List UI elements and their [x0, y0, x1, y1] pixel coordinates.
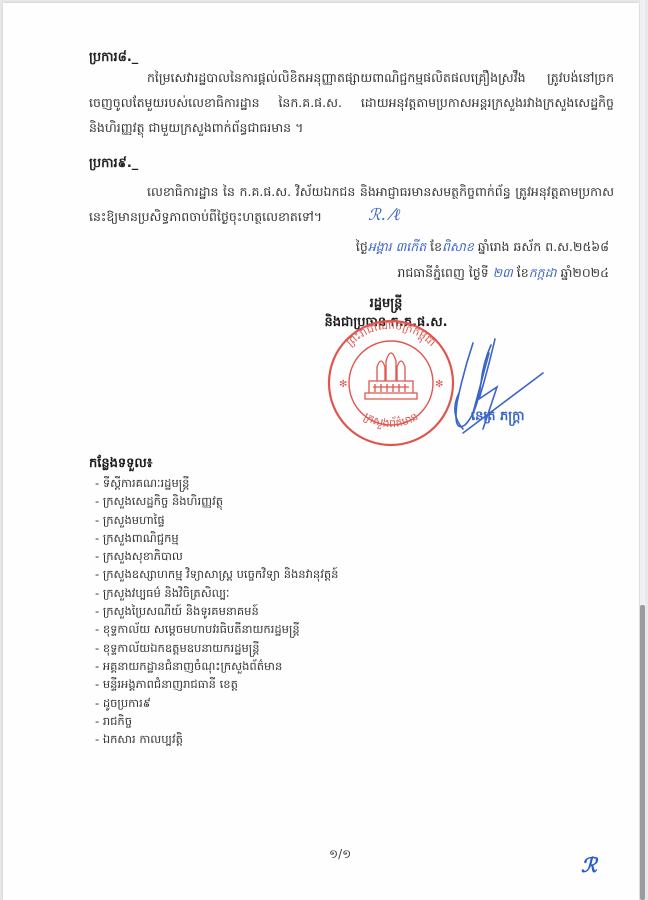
recipient-item: ក្រសួងឧស្សាហកម្ម វិទ្យាសាស្ត្រ បច្ចេកវិទ… [95, 565, 338, 583]
signer-name: នេត្រ ភក្ត្រា [471, 408, 525, 427]
date-lunar-suffix: ឆ្នាំរោង ឆស័ក ព.ស.២៥៦៨ [478, 239, 609, 254]
article-9-text: លេខាធិការដ្ឋាន នៃ ក.គ.ផ.ស. វិស័យឯកជន និង… [89, 179, 614, 229]
recipients-list: ទីស្តីការគណៈរដ្ឋមន្ត្រីក្រសួងសេដ្ឋកិច្ច … [95, 474, 338, 748]
date-solar-prefix: រាជធានីភ្នំពេញ ថ្ងៃទី [397, 265, 488, 280]
date-lunar-month-handwritten: ពិសាខ [442, 239, 474, 254]
date-solar-day-handwritten: ២៣ [493, 265, 513, 280]
date-solar: រាជធានីភ្នំពេញ ថ្ងៃទី ២៣ ខែកក្កដា ឆ្នាំ២… [397, 265, 609, 284]
svg-text:ក្រសួងព័ត៌មាន: ក្រសួងព័ត៌មាន [362, 410, 421, 430]
footer-initials: ℛ [581, 853, 597, 877]
svg-text:✻: ✻ [339, 379, 347, 390]
date-lunar-month-label: ខែ [430, 239, 442, 254]
svg-text:ព្រះរាជាណាចក្រកម្ពុជា: ព្រះរាជាណាចក្រកម្ពុជា [344, 319, 439, 350]
recipient-item: ដូចប្រការ៩ [95, 694, 338, 712]
seal-text-bottom: ក្រសួងព័ត៌មាន [362, 410, 421, 430]
date-solar-month-label: ខែ [517, 265, 529, 280]
article-9-body: លេខាធិការដ្ឋាន នៃ ក.គ.ផ.ស. វិស័យឯកជន និង… [89, 184, 614, 224]
recipient-item: មន្ទីរអង្គភាពជំនាញរាជធានី ខេត្ត [95, 675, 338, 693]
signatory-title-1: រដ្ឋមន្ត្រី [3, 295, 639, 314]
recipient-item: ក្រសួងវប្បធម៌ និងវិចិត្រសិល្បៈ [95, 584, 338, 602]
inline-initials: ℛ. ⁄ℓ [368, 205, 400, 225]
recipient-item: ក្រសួងពាណិជ្ជកម្ម [95, 529, 338, 547]
scrollbar-thumb[interactable] [640, 605, 645, 900]
recipient-item: អគ្គនាយកដ្ឋានជំនាញចំណុះក្រសួងព័ត៌មាន [95, 657, 338, 675]
date-solar-suffix: ឆ្នាំ២០២៤ [560, 265, 609, 280]
recipients-heading: កន្លែងទទួល៖ [89, 455, 152, 474]
recipient-item: ខុទ្ទកាល័យ សម្តេចមហាបវរធិបតីនាយករដ្ឋមន្ត… [95, 620, 338, 638]
date-lunar: ថ្ងៃអង្គារ ៣កើត ខែពិសាខ ឆ្នាំរោង ឆស័ក ព.… [356, 239, 609, 258]
recipient-item: ទីស្តីការគណៈរដ្ឋមន្ត្រី [95, 474, 338, 492]
article-8-text: កម្រៃសេវារដ្ឋបាលនៃការផ្តល់លិខិតអនុញ្ញាតផ… [89, 65, 614, 140]
recipient-item: ក្រសួងសុខាភិបាល [95, 547, 338, 565]
article-8-body: កម្រៃសេវារដ្ឋបាលនៃការផ្តល់លិខិតអនុញ្ញាតផ… [89, 70, 614, 135]
document-page: ប្រការ៨._ កម្រៃសេវារដ្ឋបាលនៃការផ្តល់លិខិ… [3, 3, 639, 900]
page-number: ១/១ [329, 846, 351, 864]
date-lunar-prefix: ថ្ងៃ [356, 239, 368, 254]
recipient-item: ក្រសួងប្រៃសណីយ៍ និងទូរគមនាគមន៍ [95, 602, 338, 620]
article-9-heading: ប្រការ៩._ [89, 155, 138, 174]
recipient-item: ក្រសួងសេដ្ឋកិច្ច និងហិរញ្ញវត្ថុ [95, 492, 338, 510]
recipient-item: ក្រសួងមហាផ្ទៃ [95, 511, 338, 529]
date-solar-month-handwritten: កក្កដា [529, 265, 557, 280]
recipient-item: រាជកិច្ច [95, 712, 338, 730]
recipient-item: ឯកសារ កាលប្បវត្តិ [95, 730, 338, 748]
seal-text-top: ព្រះរាជាណាចក្រកម្ពុជា [344, 319, 439, 350]
recipient-item: ខុទ្ទកាល័យឯកឧត្តមឧបនាយករដ្ឋមន្ត្រី [95, 639, 338, 657]
date-lunar-day-handwritten: អង្គារ ៣កើត [368, 239, 426, 254]
signatory-title-2: និងជាប្រធាន ក.គ.ផ.ស. [3, 314, 639, 333]
official-seal-icon: ព្រះរាជាណាចក្រកម្ពុជា ក្រសួងព័ត៌មាន ✻ ✻ [325, 317, 457, 449]
